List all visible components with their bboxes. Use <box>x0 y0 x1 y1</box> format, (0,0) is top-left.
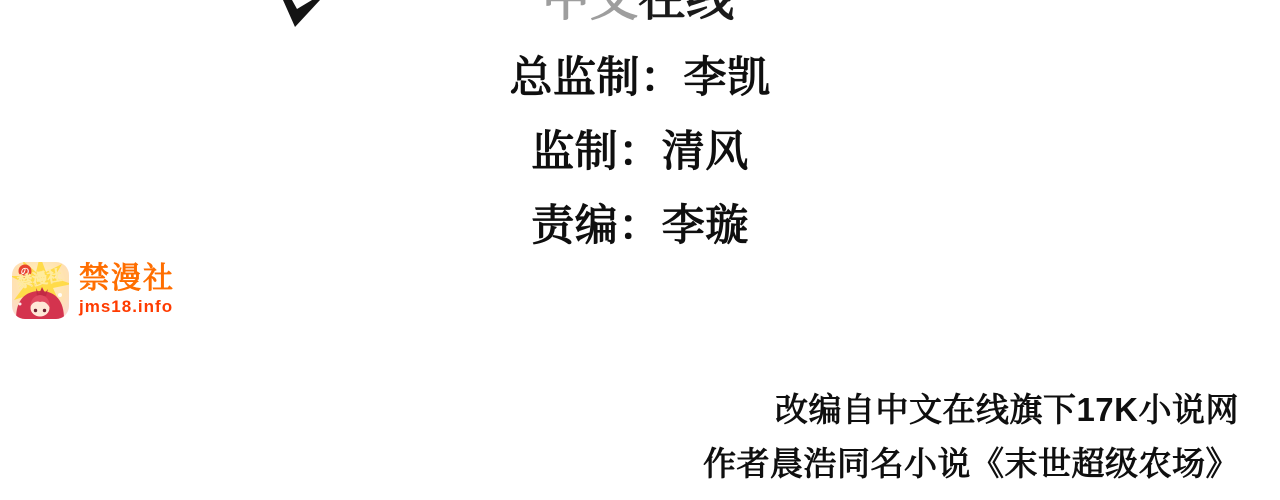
watermark-site-url: jms18.info <box>79 298 175 315</box>
site-watermark: の 禁漫社 禁漫社 jms18.info <box>12 262 175 319</box>
publisher-logo-text: 中文在线 <box>542 0 752 22</box>
credit-line-supervisor: 监制：清风 <box>0 131 1280 174</box>
staff-credits: 总监制：李凯 监制：清风 责编：李璇 <box>0 57 1280 279</box>
publisher-logo: 中文在线 <box>542 0 752 22</box>
watermark-app-icon: の 禁漫社 <box>12 262 69 319</box>
publisher-logo-text-gray: 中文 <box>542 0 638 22</box>
credit-line-editor: 责编：李璇 <box>0 205 1280 248</box>
publisher-logo-text-black: 在线 <box>638 0 734 22</box>
watermark-texts: 禁漫社 jms18.info <box>79 262 175 315</box>
comic-credits-page: 中文在线 总监制：李凯 监制：清风 责编：李璇 の 禁漫社 <box>0 0 1280 500</box>
adaptation-note: 改编自中文在线旗下17K小说网 作者晨浩同名小说《末世超级农场》 <box>703 393 1239 481</box>
adaptation-author-line: 作者晨浩同名小说《末世超级农场》 <box>703 447 1239 481</box>
watermark-site-name: 禁漫社 <box>79 264 175 294</box>
adaptation-source-line: 改编自中文在线旗下17K小说网 <box>703 393 1239 427</box>
publisher-logo-mark-icon <box>281 0 321 28</box>
credit-line-chief-supervisor: 总监制：李凯 <box>0 57 1280 100</box>
